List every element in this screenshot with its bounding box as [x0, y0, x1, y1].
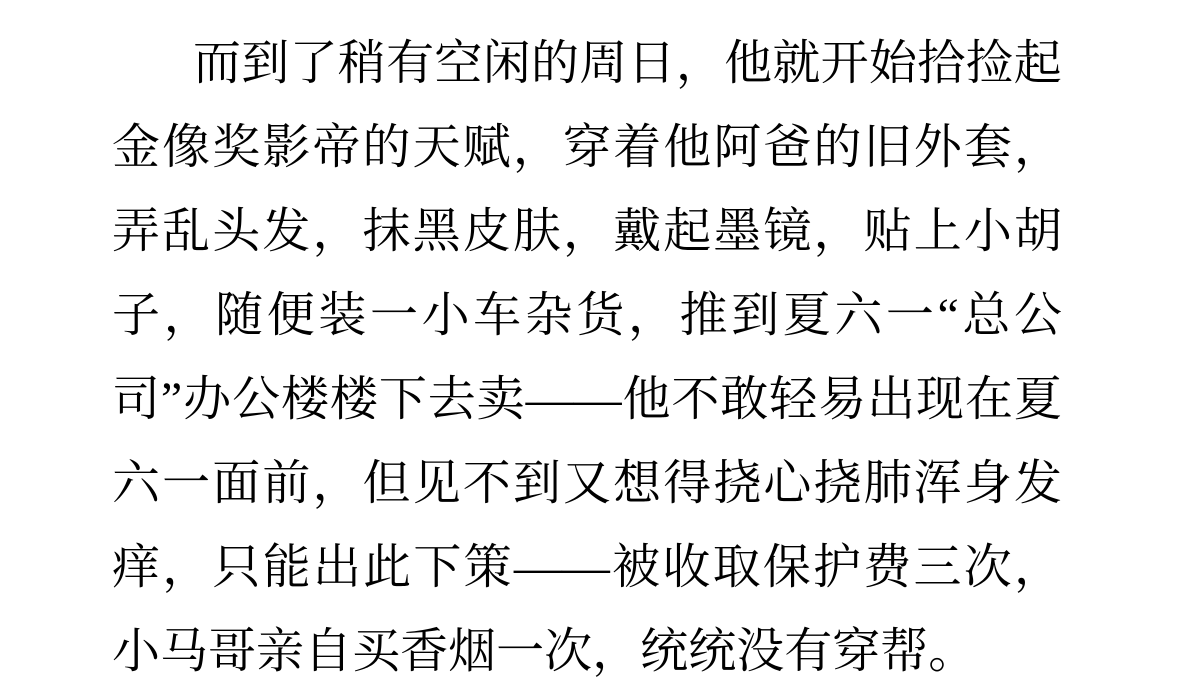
character: 镜 — [763, 208, 811, 256]
character: 帝 — [312, 124, 360, 172]
character: ， — [1014, 124, 1062, 172]
character: 马 — [160, 628, 208, 676]
character: 日 — [628, 40, 676, 88]
character: 三 — [914, 544, 962, 592]
character: 装 — [318, 292, 366, 340]
character: 杂 — [525, 292, 573, 340]
character: 取 — [713, 544, 761, 592]
character: 保 — [763, 544, 811, 592]
character: 想 — [613, 460, 661, 508]
text-line: 金像奖影帝的天赋，穿着他阿爸的旧外套， — [112, 106, 1062, 190]
character: 起 — [1014, 40, 1062, 88]
character: 挠 — [814, 460, 862, 508]
character: 开 — [821, 40, 869, 88]
character: 办 — [183, 376, 231, 424]
text-line: 而到了稍有空闲的周日，他就开始拾捡起 — [112, 22, 1062, 106]
character: 而 — [193, 40, 241, 88]
character: 买 — [352, 628, 400, 676]
character: 皮 — [463, 208, 511, 256]
character: 肤 — [513, 208, 561, 256]
character: 楼 — [330, 376, 378, 424]
character: 着 — [613, 124, 661, 172]
character: 亲 — [256, 628, 304, 676]
character: 就 — [772, 40, 820, 88]
character: 前 — [262, 460, 310, 508]
character: 只 — [212, 544, 260, 592]
character: 拾 — [917, 40, 965, 88]
character: 戴 — [613, 208, 661, 256]
reader-page: 而到了稍有空闲的周日，他就开始拾捡起 金像奖影帝的天赋，穿着他阿爸的旧外套， 弄… — [0, 0, 1179, 698]
character: 赋 — [463, 124, 511, 172]
character: 护 — [813, 544, 861, 592]
character: 随 — [215, 292, 263, 340]
character: 收 — [662, 544, 710, 592]
character: 轻 — [769, 376, 817, 424]
character: 六 — [834, 292, 882, 340]
character: 不 — [463, 460, 511, 508]
character: 心 — [763, 460, 811, 508]
character: 便 — [267, 292, 315, 340]
character: 他 — [663, 124, 711, 172]
character: 此 — [363, 544, 411, 592]
character: 身 — [964, 460, 1012, 508]
character: 面 — [212, 460, 260, 508]
character: 了 — [290, 40, 338, 88]
character: 得 — [663, 460, 711, 508]
character: 天 — [413, 124, 461, 172]
character: 有 — [784, 628, 832, 676]
character: 现 — [916, 376, 964, 424]
character: —— — [526, 376, 622, 424]
character: ， — [563, 208, 611, 256]
character: 小 — [112, 628, 160, 676]
character: 墨 — [713, 208, 761, 256]
character: 统 — [688, 628, 736, 676]
character: 阿 — [713, 124, 761, 172]
character: 出 — [313, 544, 361, 592]
character: 影 — [262, 124, 310, 172]
character: 稍 — [338, 40, 386, 88]
character: 策 — [464, 544, 512, 592]
text-line: 六一面前，但见不到又想得挠心挠肺浑身发 — [112, 442, 1062, 526]
paragraph: 而到了稍有空闲的周日，他就开始拾捡起 金像奖影帝的天赋，穿着他阿爸的旧外套， 弄… — [112, 22, 1062, 694]
character: ， — [676, 40, 724, 88]
character: 上 — [914, 208, 962, 256]
character: 不 — [671, 376, 719, 424]
character: ” — [161, 376, 182, 424]
character: 套 — [964, 124, 1012, 172]
character: 的 — [531, 40, 579, 88]
character: 空 — [434, 40, 482, 88]
character: 挠 — [713, 460, 761, 508]
character: 的 — [814, 124, 862, 172]
character: 乱 — [162, 208, 210, 256]
character: 胡 — [1014, 208, 1062, 256]
character: 但 — [363, 460, 411, 508]
character: 总 — [962, 292, 1010, 340]
character: 易 — [818, 376, 866, 424]
character: 费 — [863, 544, 911, 592]
character: 没 — [736, 628, 784, 676]
character: 一 — [496, 628, 544, 676]
text-line: 子，随便装一小车杂货，推到夏六一“总公 — [112, 274, 1062, 358]
text-line: 痒，只能出此下策——被收取保护费三次， — [112, 526, 1062, 610]
character: 金 — [112, 124, 160, 172]
character: 楼 — [281, 376, 329, 424]
character: ， — [312, 460, 360, 508]
character: 他 — [623, 376, 671, 424]
character: 车 — [473, 292, 521, 340]
character: ， — [312, 208, 360, 256]
character: 旧 — [864, 124, 912, 172]
character: 下 — [379, 376, 427, 424]
character: 子 — [112, 292, 160, 340]
character: 到 — [241, 40, 289, 88]
character: 下 — [413, 544, 461, 592]
character: 一 — [162, 460, 210, 508]
character: 次 — [544, 628, 592, 676]
character: 始 — [869, 40, 917, 88]
character: 抹 — [363, 208, 411, 256]
character: 被 — [612, 544, 660, 592]
character: 外 — [914, 124, 962, 172]
character: ， — [513, 124, 561, 172]
character: 起 — [663, 208, 711, 256]
character: 贴 — [864, 208, 912, 256]
text-line: 弄乱头发，抹黑皮肤，戴起墨镜，贴上小胡 — [112, 190, 1062, 274]
text-line: 小马哥亲自买香烟一次，统统没有穿帮。 — [112, 610, 1062, 694]
character: 香 — [400, 628, 448, 676]
character: 一 — [370, 292, 418, 340]
character: 发 — [262, 208, 310, 256]
character: 头 — [212, 208, 260, 256]
character: 闲 — [483, 40, 531, 88]
character: 夏 — [1014, 376, 1062, 424]
character: 黑 — [413, 208, 461, 256]
character: 能 — [263, 544, 311, 592]
character: 他 — [724, 40, 772, 88]
character: ， — [162, 544, 210, 592]
character: 烟 — [448, 628, 496, 676]
character: 捡 — [966, 40, 1014, 88]
character: ， — [164, 292, 212, 340]
character: 在 — [965, 376, 1013, 424]
character: 统 — [640, 628, 688, 676]
character: 穿 — [563, 124, 611, 172]
character: 次 — [964, 544, 1012, 592]
character: 周 — [579, 40, 627, 88]
character: 像 — [162, 124, 210, 172]
character: 奖 — [212, 124, 260, 172]
character: 夏 — [783, 292, 831, 340]
character: 推 — [680, 292, 728, 340]
character: —— — [514, 544, 610, 592]
character: 有 — [386, 40, 434, 88]
character: 帮 — [880, 628, 928, 676]
character: 自 — [304, 628, 352, 676]
character: 痒 — [112, 544, 160, 592]
character: 小 — [422, 292, 470, 340]
character: 。 — [928, 628, 976, 676]
character: 弄 — [112, 208, 160, 256]
character: 公 — [232, 376, 280, 424]
character: 发 — [1014, 460, 1062, 508]
character: “ — [938, 292, 959, 340]
text-line: 司”办公楼楼下去卖——他不敢轻易出现在夏 — [112, 358, 1062, 442]
character: 到 — [513, 460, 561, 508]
character: 司 — [112, 376, 160, 424]
character: 浑 — [914, 460, 962, 508]
character: ， — [1014, 544, 1062, 592]
character: 卖 — [477, 376, 525, 424]
character: 爸 — [763, 124, 811, 172]
character: 一 — [886, 292, 934, 340]
character: 肺 — [864, 460, 912, 508]
character: 公 — [1014, 292, 1062, 340]
character: 敢 — [720, 376, 768, 424]
character: 货 — [576, 292, 624, 340]
character: 哥 — [208, 628, 256, 676]
character: 六 — [112, 460, 160, 508]
character: 见 — [413, 460, 461, 508]
character: 到 — [731, 292, 779, 340]
character: 去 — [428, 376, 476, 424]
character: 的 — [363, 124, 411, 172]
character: 出 — [867, 376, 915, 424]
character: ， — [628, 292, 676, 340]
character: ， — [814, 208, 862, 256]
character: 小 — [964, 208, 1012, 256]
character: ， — [592, 628, 640, 676]
character: 穿 — [832, 628, 880, 676]
character: 又 — [563, 460, 611, 508]
